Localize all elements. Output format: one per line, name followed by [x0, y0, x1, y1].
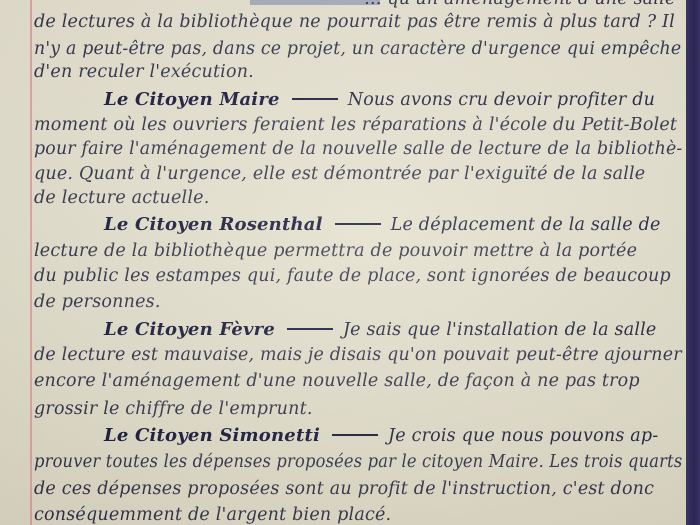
speech-text: Je crois que nous pouvons ap- [388, 426, 658, 446]
manuscript-page: … qu'un aménagement d'une salle de lectu… [0, 0, 686, 525]
text-line: de ces dépenses proposées sont au profit… [34, 477, 654, 501]
text-line: de personnes. [34, 290, 161, 314]
em-dash [335, 223, 381, 226]
text-line: n'y a peut-être pas, dans ce projet, un … [34, 37, 681, 61]
text-line: d'en reculer l'exécution. [34, 60, 254, 84]
text-line: de lecture actuelle. [34, 186, 209, 210]
em-dash [287, 328, 333, 331]
speaker-name: Le Citoyen Simonetti [104, 425, 320, 446]
red-margin-line [30, 0, 32, 525]
speaker-entry-fevre: Le Citoyen FèvreJe sais que l'installati… [104, 317, 656, 343]
em-dash [332, 434, 378, 437]
text-line: prouver toutes les dépenses proposées pa… [34, 450, 682, 474]
text-line: moment où les ouvriers feraient les répa… [34, 113, 677, 137]
book-binding-edge [686, 0, 700, 525]
text-line: de lecture est mauvaise, mais je disais … [34, 343, 682, 367]
text-line: du public les estampes qui, faute de pla… [34, 264, 671, 288]
speaker-name: Le Citoyen Fèvre [104, 319, 275, 340]
text-line: pour faire l'aménagement de la nouvelle … [34, 137, 682, 161]
speaker-entry-simonetti: Le Citoyen SimonettiJe crois que nous po… [104, 423, 658, 449]
speech-text: Je sais que l'installation de la salle [343, 320, 657, 340]
speaker-entry-rosenthal: Le Citoyen RosenthalLe déplacement de la… [104, 212, 661, 238]
text-line: lecture de la bibliothèque permettra de … [34, 239, 637, 263]
speech-text: Nous avons cru devoir profiter du [348, 90, 655, 110]
speaker-name: Le Citoyen Maire [104, 89, 280, 110]
text-line: encore l'aménagement d'une nouvelle sall… [34, 369, 640, 393]
text-line: de lectures à la bibliothèque ne pourrai… [34, 10, 675, 34]
text-line: grossir le chiffre de l'emprunt. [34, 397, 313, 421]
ink-smudge [250, 0, 380, 5]
em-dash [292, 98, 338, 101]
speech-text: Le déplacement de la salle de [391, 215, 661, 235]
text-line: que. Quant à l'urgence, elle est démontr… [34, 162, 645, 186]
text-line: conséquemment de l'argent bien placé. [34, 503, 391, 525]
speaker-name: Le Citoyen Rosenthal [104, 214, 323, 235]
speaker-entry-maire: Le Citoyen MaireNous avons cru devoir pr… [104, 87, 655, 113]
